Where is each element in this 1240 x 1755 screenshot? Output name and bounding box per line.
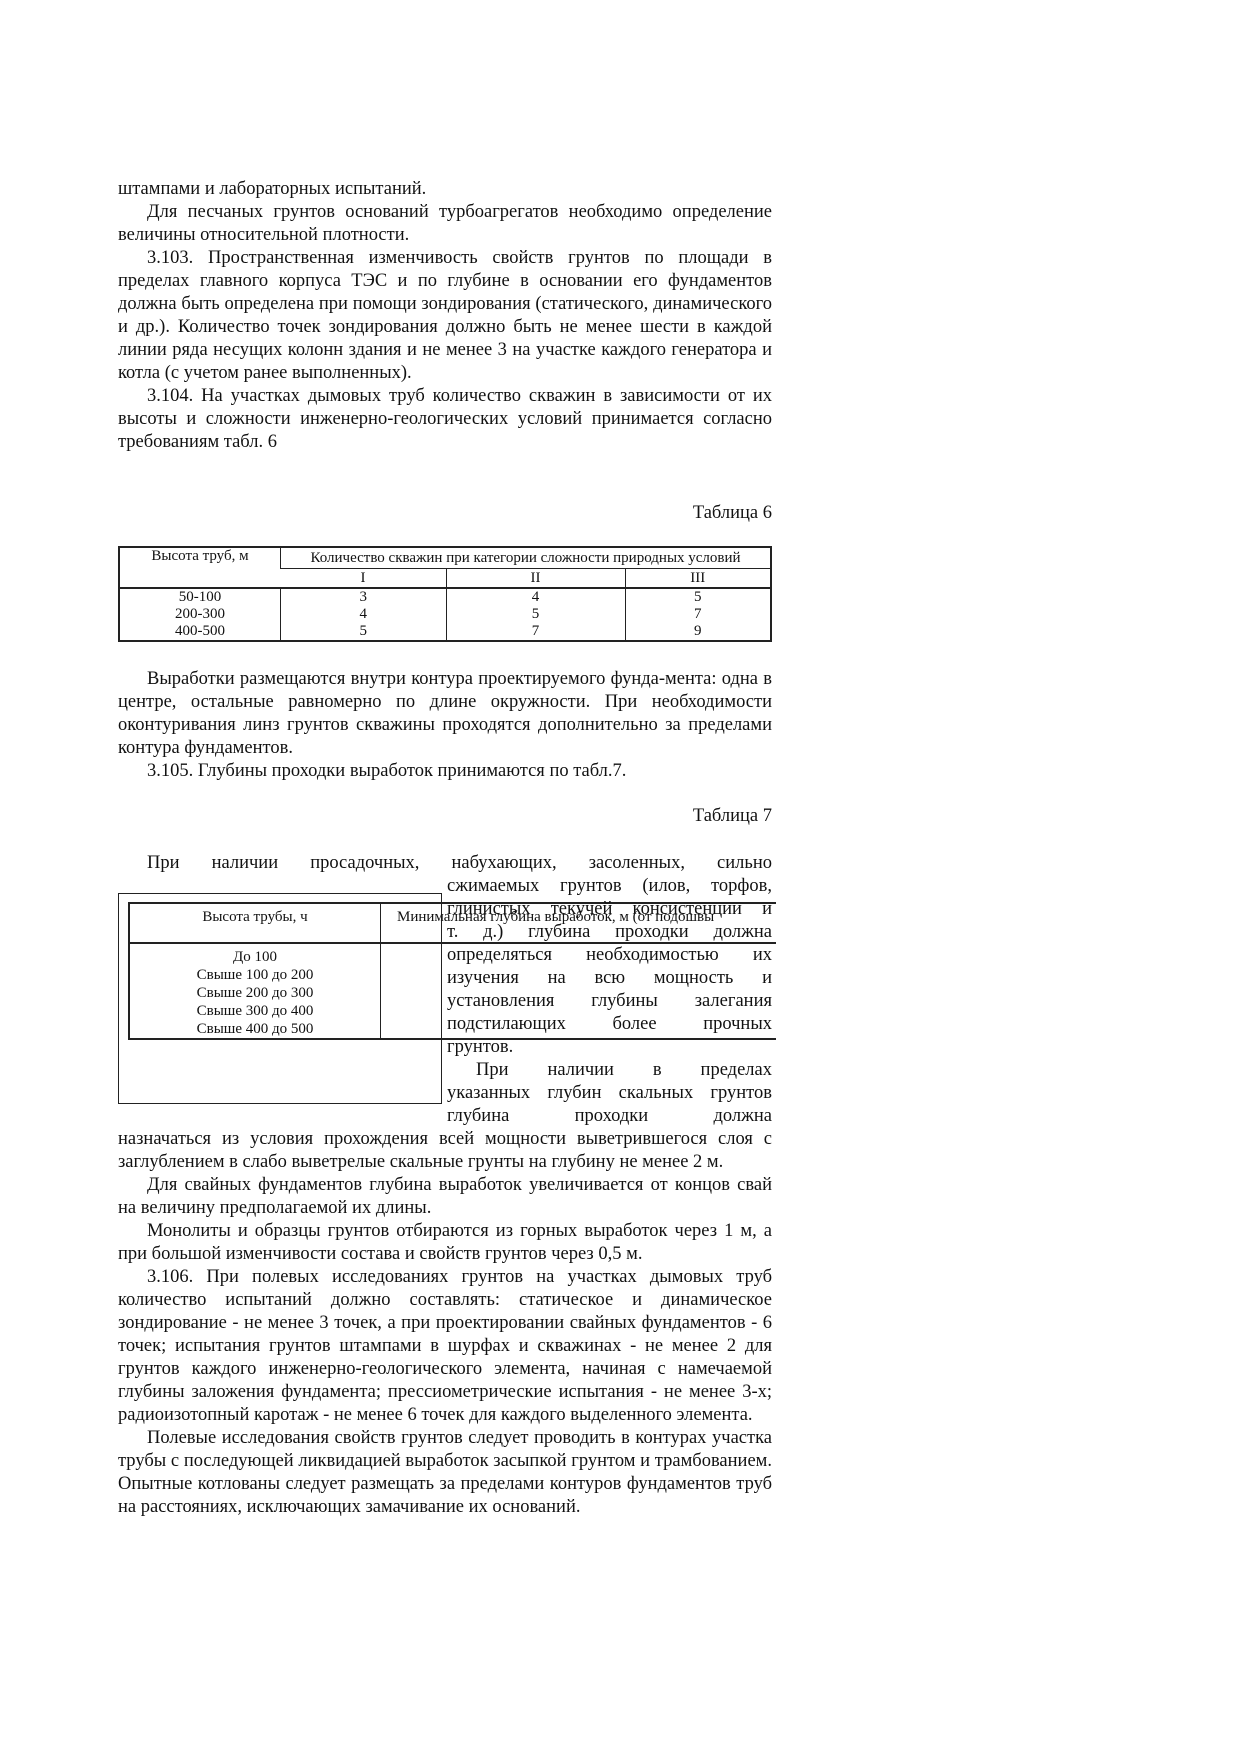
table7-caption-text: Таблица 7 [693,806,772,826]
table6-cell: 3 [281,588,447,606]
table-row: Свыше 200 до 300 [130,984,380,1002]
table6-cell: 9 [625,623,771,641]
table-row: До 100 [130,948,380,966]
table6-cell: 5 [281,623,447,641]
table6-cell: 4 [446,588,625,606]
wrap-line: глинистых текучей консистенции и [447,898,772,921]
table-row: Свыше 400 до 500 [130,1020,380,1038]
table6-cell: 5 [446,606,625,623]
table6: Высота труб, м Количество скважин при ка… [118,546,772,642]
table6-cell: 400-500 [119,623,281,641]
table7-header-height: Высота трубы, ч [129,903,381,943]
table6-caption: Таблица 6 [118,503,772,524]
top-text-block: штампами и лабораторных испытаний. Для п… [118,178,772,454]
table-row: Свыше 100 до 200 [130,966,380,984]
paragraph: Выработки размещаются внутри контура про… [118,668,772,760]
wrap-line: т. д.) глубина проходки должна [447,921,772,944]
wrap-line: установления глубины залегания [447,990,772,1013]
paragraph: штампами и лабораторных испытаний. [118,178,772,201]
table-row: Свыше 300 до 400 [130,1002,380,1020]
wrap-line: сжимаемых грунтов (илов, торфов, [447,875,772,898]
paragraph: Монолиты и образцы грунтов отбираются из… [118,1220,772,1266]
wrap-line: определяться необходимостью их [447,944,772,967]
paragraph-3-105: 3.105. Глубины проходки выработок приним… [118,760,772,783]
table6-cell: 4 [281,606,447,623]
wrap-column: сжимаемых грунтов (илов, торфов, глинист… [447,875,772,1128]
table6-cell: 5 [625,588,771,606]
table-row: 400-500 5 7 9 [119,623,771,641]
table6-header-height: Высота труб, м [119,547,281,588]
paragraph-wrap-start: При наличии просадочных, набухающих, зас… [118,852,772,875]
paragraph: назначаться из условия прохождения всей … [118,1128,772,1174]
paragraph-3-104: 3.104. На участках дымовых труб количест… [118,385,772,454]
table-row: 50-100 3 4 5 [119,588,771,606]
table6-cell: 7 [446,623,625,641]
table6-header-cat-2: II [446,569,625,589]
wrap-line: глубина проходки должна [447,1105,772,1128]
paragraph: Полевые исследования свойств грунтов сле… [118,1427,772,1519]
table6-cell: 50-100 [119,588,281,606]
paragraph: Для свайных фундаментов глубина выработо… [118,1174,772,1220]
wrap-line: При наличии в пределах [447,1059,772,1082]
table6-caption-text: Таблица 6 [693,503,772,523]
paragraph-3-103: 3.103. Пространственная изменчивость сво… [118,247,772,385]
paragraph: Для песчаных грунтов оснований турбоагре… [118,201,772,247]
wrap-line: изучения на всю мощность и [447,967,772,990]
table7-caption: Таблица 7 [118,806,772,827]
table6-header-cat-1: I [281,569,447,589]
table-row: 200-300 4 5 7 [119,606,771,623]
document-page: штампами и лабораторных испытаний. Для п… [0,0,1240,1755]
paragraph-3-106: 3.106. При полевых исследованиях грунтов… [118,1266,772,1427]
table6-header-cat-3: III [625,569,771,589]
wrap-line: подстилающих более прочных [447,1013,772,1036]
wrap-line: грунтов. [447,1036,772,1059]
mid-text-block: Выработки размещаются внутри контура про… [118,668,772,783]
wrap-first-line-block: При наличии просадочных, набухающих, зас… [118,852,772,875]
table6-cell: 7 [625,606,771,623]
bottom-text-block: назначаться из условия прохождения всей … [118,1128,772,1519]
table6-header-group: Количество скважин при категории сложнос… [281,547,772,569]
wrap-line: указанных глубин скальных грунтов [447,1082,772,1105]
table7-heights-cell: До 100 Свыше 100 до 200 Свыше 200 до 300… [129,943,381,1039]
table6-cell: 200-300 [119,606,281,623]
